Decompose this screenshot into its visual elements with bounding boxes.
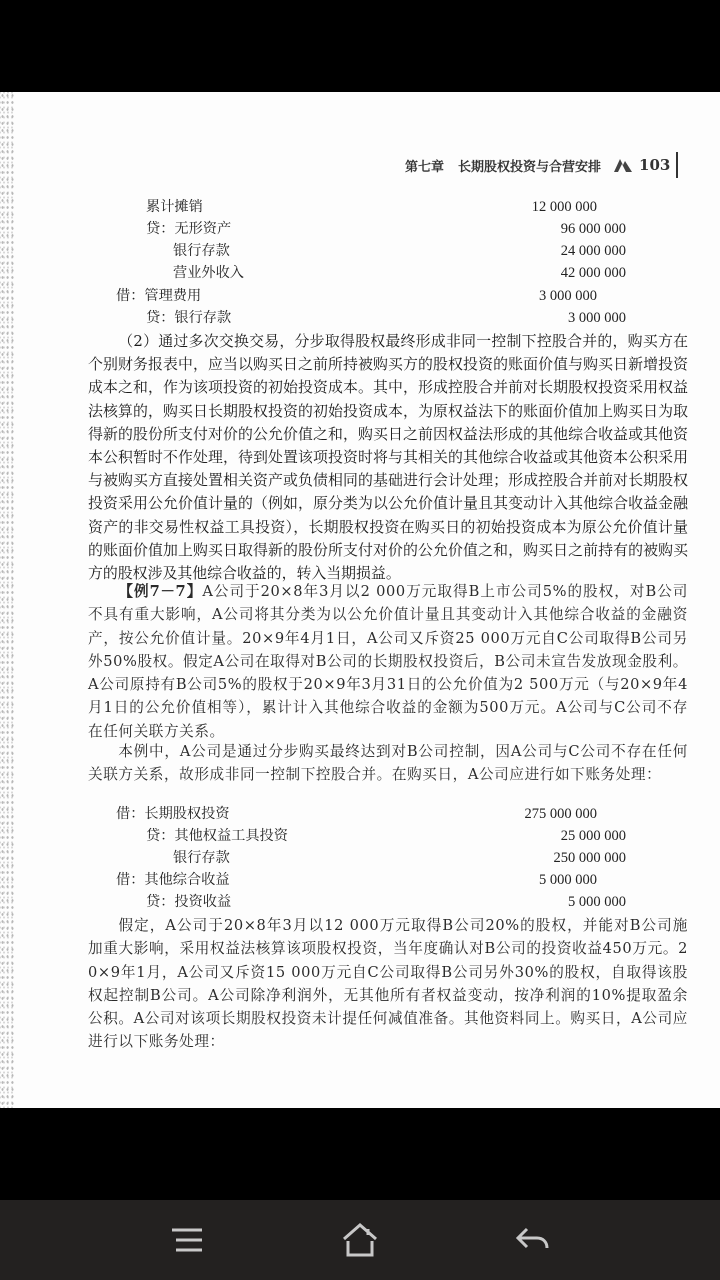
chapter-label: 第七章	[405, 156, 444, 175]
entry-row: 贷：投资收益 5 000 000	[0, 891, 720, 913]
entry-row: 借：其他综合收益 5 000 000	[0, 869, 720, 891]
entry-row: 借：长期股权投资 275 000 000	[0, 803, 720, 825]
example-label: 【例7－7】	[118, 583, 202, 600]
entry-row: 银行存款 24 000 000	[0, 240, 720, 262]
assumption-paragraph: 假定，A公司于20×8年3月以12 000万元取得B公司20%的股权，并能对B公…	[88, 914, 688, 1054]
running-head: 第七章 长期股权投资与合营安排 103	[405, 154, 678, 176]
menu-button[interactable]	[157, 1215, 217, 1265]
page-number: 103	[639, 156, 670, 174]
entry-row: 贷：无形资产 96 000 000	[0, 218, 720, 240]
menu-icon	[170, 1227, 204, 1253]
entry-row: 银行存款 250 000 000	[0, 847, 720, 869]
chapter-title: 长期股权投资与合营安排	[458, 156, 601, 175]
paragraph-2: （2）通过多次交换交易，分步取得股权最终形成非同一控制下控股合并的，购买方在个别…	[88, 330, 688, 585]
entry-row: 借：管理费用 3 000 000	[0, 285, 720, 307]
publisher-logo-icon	[613, 157, 633, 173]
entry-row: 营业外收入 42 000 000	[0, 262, 720, 284]
back-button[interactable]	[503, 1215, 563, 1265]
entry-row: 贷：其他权益工具投资 25 000 000	[0, 825, 720, 847]
analysis-paragraph: 本例中，A公司是通过分步购买最终达到对B公司控制，因A公司与C公司不存在任何关联…	[88, 740, 688, 787]
example-7-7: 【例7－7】A公司于20×8年3月以2 000万元取得B上市公司5%的股权，对B…	[88, 580, 688, 743]
home-button[interactable]	[330, 1215, 390, 1265]
example-text: A公司于20×8年3月以2 000万元取得B上市公司5%的股权，对B公司不具有重…	[88, 583, 688, 740]
header-rule	[676, 152, 678, 178]
book-page: 第七章 长期股权投资与合营安排 103 累计摊销 12 000 000 贷：无形…	[0, 92, 720, 1108]
home-icon	[342, 1223, 378, 1257]
entry-row: 累计摊销 12 000 000	[0, 196, 720, 218]
back-icon	[515, 1227, 551, 1253]
navigation-bar	[0, 1200, 720, 1280]
entry-row: 贷：银行存款 3 000 000	[0, 307, 720, 329]
